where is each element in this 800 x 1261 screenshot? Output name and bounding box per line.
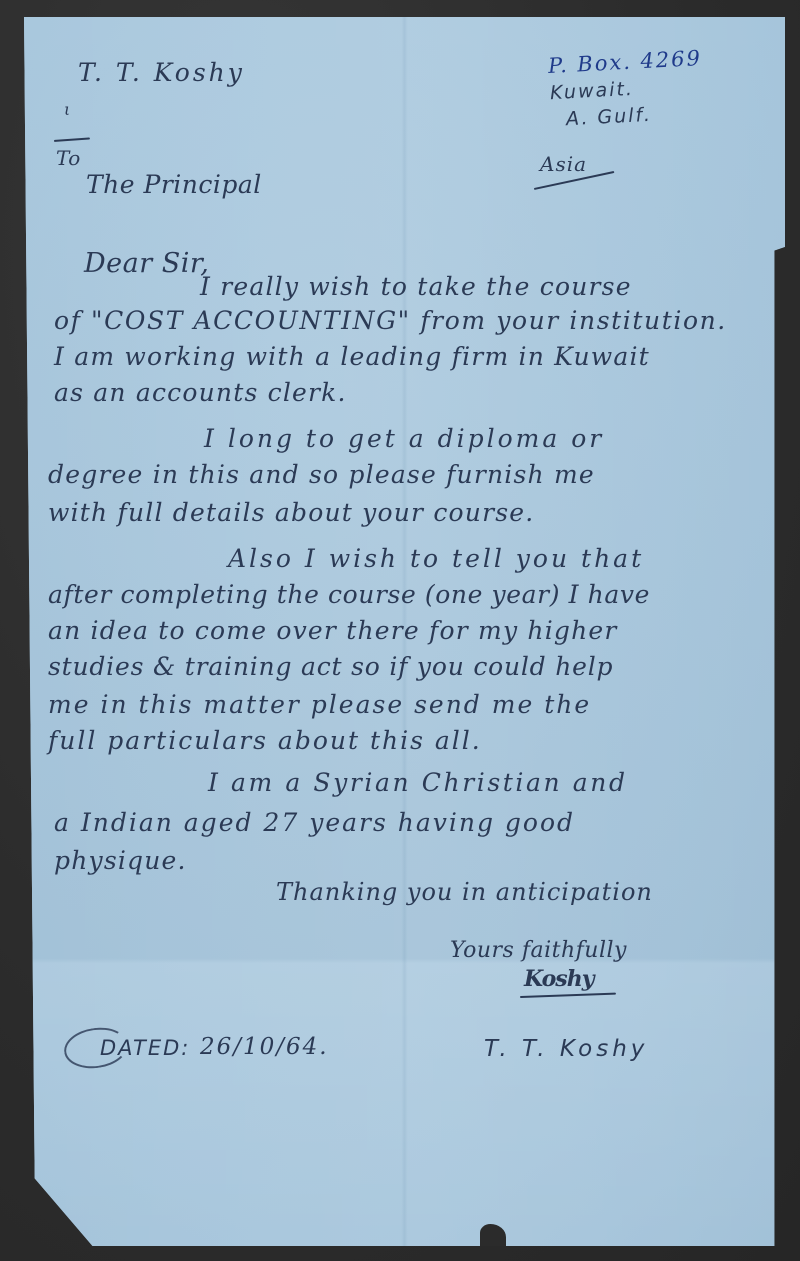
body-line: degree in this and so please furnish me	[48, 460, 595, 489]
body-line: as an accounts clerk.	[54, 378, 347, 407]
body-line: I really wish to take the course	[200, 272, 632, 301]
valediction: Yours faithfully	[450, 938, 627, 963]
printed-name: T. T. Koshy	[484, 1036, 648, 1062]
body-line: full particulars about this all.	[48, 726, 482, 755]
body-line: an idea to come over there for my higher	[48, 616, 618, 645]
body-line: I am working with a leading firm in Kuwa…	[54, 342, 650, 371]
body-line: Also I wish to tell you that	[228, 544, 644, 573]
letter-body: I really wish to take the course of "COS…	[40, 0, 760, 1261]
body-line: studies & training act so if you could h…	[48, 652, 613, 681]
date-value: 26/10/64.	[200, 1034, 329, 1060]
body-line: I long to get a diploma or	[204, 424, 604, 453]
body-line: of "COST ACCOUNTING" from your instituti…	[54, 306, 727, 335]
body-line: physique.	[54, 846, 187, 875]
signature: Koshy	[524, 966, 593, 992]
date-label: DATED:	[100, 1036, 190, 1060]
body-line: I am a Syrian Christian and	[208, 768, 628, 797]
body-line: a Indian aged 27 years having good	[54, 808, 575, 837]
body-line: with full details about your course.	[48, 498, 534, 527]
body-line: after completing the course (one year) I…	[48, 580, 650, 609]
closing-thanks: Thanking you in anticipation	[276, 878, 653, 906]
body-line: me in this matter please send me the	[48, 690, 591, 719]
